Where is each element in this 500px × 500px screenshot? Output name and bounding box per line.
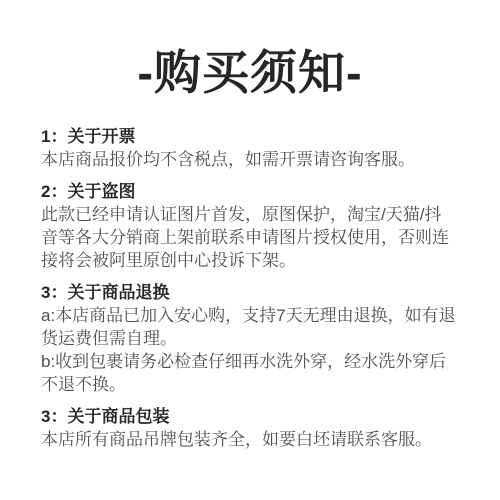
section-heading: 1：关于开票 — [41, 126, 468, 148]
section-body: 此款已经申请认证图片首发，原图保护，淘宝/天猫/抖 音等各大分销商上架前联系申请… — [41, 203, 468, 272]
section-invoicing: 1：关于开票 本店商品报价均不含税点，如需开票请咨询客服。 — [41, 126, 468, 171]
section-body: 本店商品报价均不含税点，如需开票请咨询客服。 — [41, 148, 468, 171]
purchase-notice-page: -购买须知- 1：关于开票 本店商品报价均不含税点，如需开票请咨询客服。 2：关… — [0, 0, 500, 500]
section-returns: 3：关于商品退换 a:本店商品已加入安心购，支持7天无理由退换，如有退 货运费但… — [41, 282, 468, 396]
section-image-theft: 2：关于盗图 此款已经申请认证图片首发，原图保护，淘宝/天猫/抖 音等各大分销商… — [41, 181, 468, 272]
section-heading: 3：关于商品包装 — [41, 406, 468, 428]
section-heading: 3：关于商品退换 — [41, 282, 468, 304]
notice-sections: 1：关于开票 本店商品报价均不含税点，如需开票请咨询客服。 2：关于盗图 此款已… — [0, 102, 500, 451]
section-heading: 2：关于盗图 — [41, 181, 468, 203]
section-body: 本店所有商品吊牌包装齐全，如要白坯请联系客服。 — [41, 428, 468, 451]
section-body: a:本店商品已加入安心购，支持7天无理由退换，如有退 货运费但需自理。 b:收到… — [41, 304, 468, 396]
page-title: -购买须知- — [30, 44, 470, 102]
section-packaging: 3：关于商品包装 本店所有商品吊牌包装齐全，如要白坯请联系客服。 — [41, 406, 468, 451]
